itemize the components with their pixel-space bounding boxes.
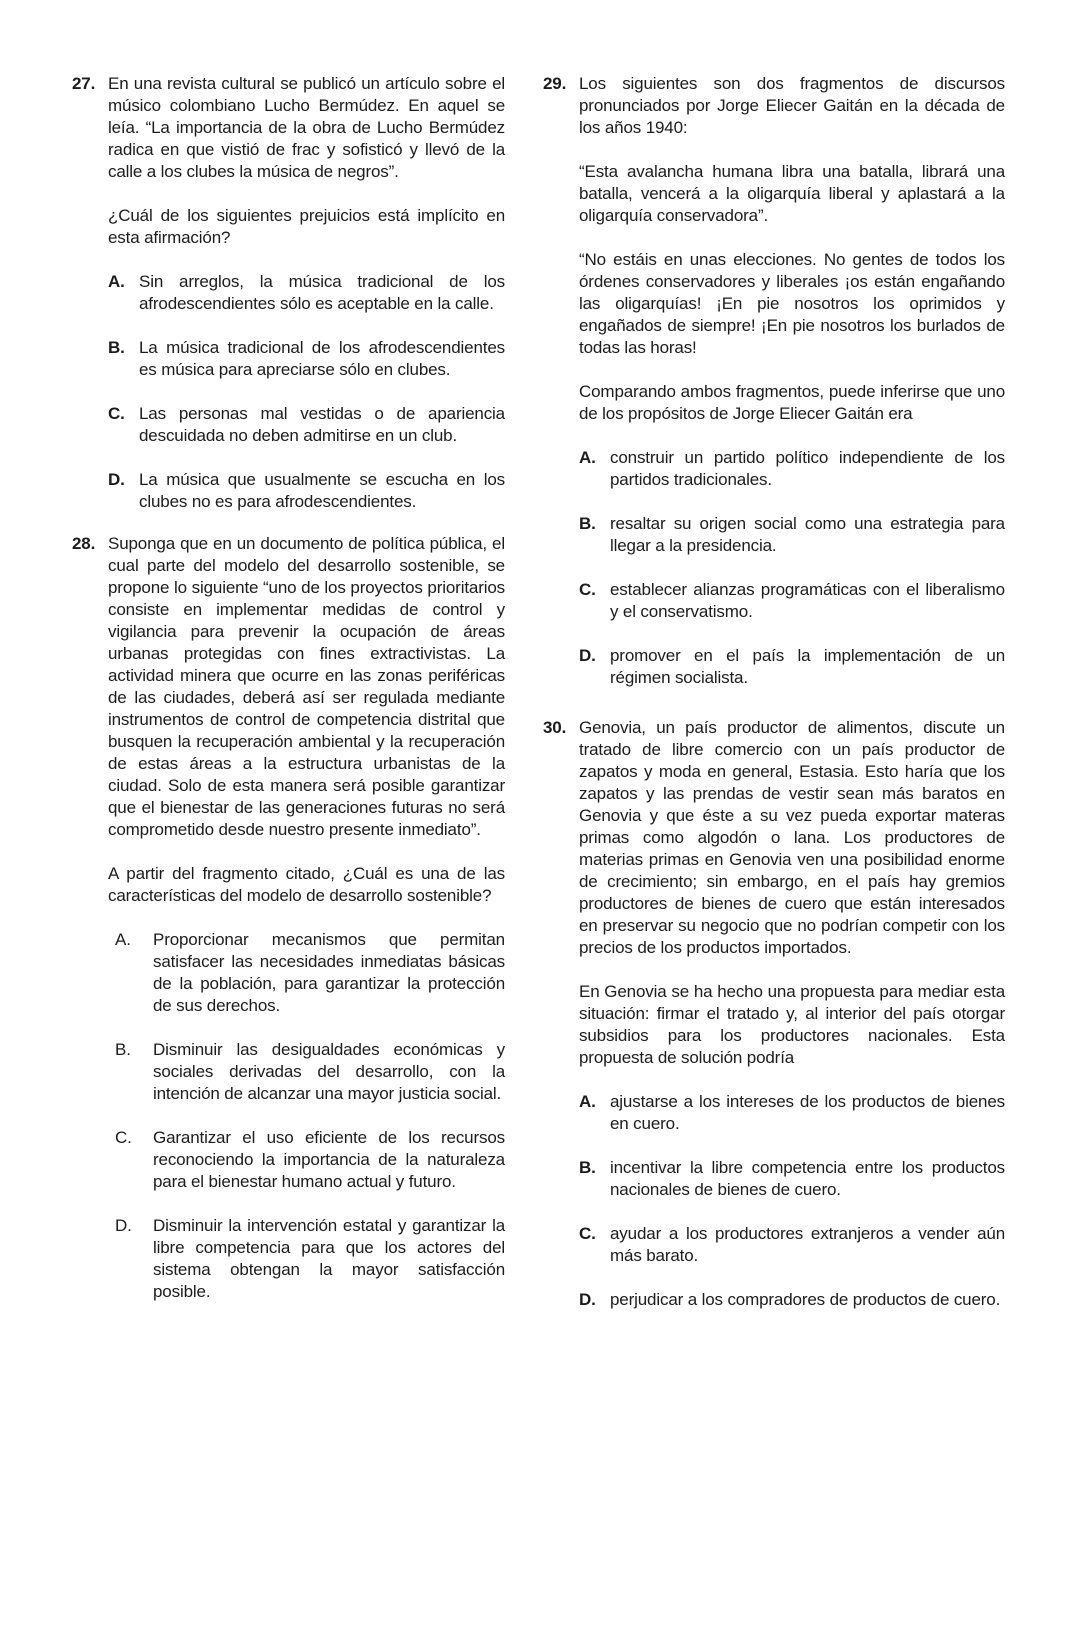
option-label: A. xyxy=(115,929,153,1017)
question-30-number: 30. xyxy=(543,717,579,1311)
option-text: ayudar a los productores extranjeros a v… xyxy=(610,1223,1005,1267)
option-text: promover en el país la implementación de… xyxy=(610,645,1005,689)
option-text: Disminuir las desigualdades económicas y… xyxy=(153,1039,505,1105)
question-30-prompt: En Genovia se ha hecho una propuesta par… xyxy=(579,981,1005,1069)
option-text: establecer alianzas programáticas con el… xyxy=(610,579,1005,623)
right-column: 29. Los siguientes son dos fragmentos de… xyxy=(543,73,1005,1311)
question-28-option-d: D. Disminuir la intervención estatal y g… xyxy=(115,1215,505,1303)
option-label: C. xyxy=(108,403,139,447)
question-27-option-b: B. La música tradicional de los afrodesc… xyxy=(108,337,505,381)
question-29: 29. Los siguientes son dos fragmentos de… xyxy=(543,73,1005,689)
option-text: Garantizar el uso eficiente de los recur… xyxy=(153,1127,505,1193)
question-29-number: 29. xyxy=(543,73,579,689)
option-label: D. xyxy=(108,469,139,513)
option-text: La música tradicional de los afrodescend… xyxy=(139,337,505,381)
question-27-option-d: D. La música que usualmente se escucha e… xyxy=(108,469,505,513)
option-label: B. xyxy=(579,513,610,557)
question-29-stem: Los siguientes son dos fragmentos de dis… xyxy=(579,73,1005,139)
question-28-body: Suponga que en un documento de política … xyxy=(108,533,505,1303)
option-label: A. xyxy=(579,447,610,491)
question-30-option-b: B. incentivar la libre competencia entre… xyxy=(579,1157,1005,1201)
question-27-option-a: A. Sin arreglos, la música tradicional d… xyxy=(108,271,505,315)
question-30-stem: Genovia, un país productor de alimentos,… xyxy=(579,717,1005,959)
question-28-number: 28. xyxy=(72,533,108,1303)
option-text: perjudicar a los compradores de producto… xyxy=(610,1289,1005,1311)
question-27-prompt: ¿Cuál de los siguientes prejuicios está … xyxy=(108,205,505,249)
option-label: C. xyxy=(579,1223,610,1267)
question-30: 30. Genovia, un país productor de alimen… xyxy=(543,717,1005,1311)
option-text: resaltar su origen social como una estra… xyxy=(610,513,1005,557)
option-text: Disminuir la intervención estatal y gara… xyxy=(153,1215,505,1303)
question-27-number: 27. xyxy=(72,73,108,513)
question-27-options: A. Sin arreglos, la música tradicional d… xyxy=(108,271,505,513)
option-label: D. xyxy=(115,1215,153,1303)
option-label: B. xyxy=(579,1157,610,1201)
question-28-prompt: A partir del fragmento citado, ¿Cuál es … xyxy=(108,863,505,907)
question-30-option-a: A. ajustarse a los intereses de los prod… xyxy=(579,1091,1005,1135)
question-28-option-c: C. Garantizar el uso eficiente de los re… xyxy=(115,1127,505,1193)
option-label: A. xyxy=(579,1091,610,1135)
question-29-option-a: A. construir un partido político indepen… xyxy=(579,447,1005,491)
option-text: Proporcionar mecanismos que permitan sat… xyxy=(153,929,505,1017)
exam-document-page: 27. En una revista cultural se publicó u… xyxy=(0,0,1080,1651)
question-30-option-d: D. perjudicar a los compradores de produ… xyxy=(579,1289,1005,1311)
two-column-layout: 27. En una revista cultural se publicó u… xyxy=(0,0,1080,1311)
question-28-option-a: A. Proporcionar mecanismos que permitan … xyxy=(115,929,505,1017)
question-28: 28. Suponga que en un documento de polít… xyxy=(72,533,505,1303)
option-label: D. xyxy=(579,1289,610,1311)
question-29-quote-1: “Esta avalancha humana libra una batalla… xyxy=(579,161,1005,227)
left-column: 27. En una revista cultural se publicó u… xyxy=(72,73,505,1303)
question-27: 27. En una revista cultural se publicó u… xyxy=(72,73,505,513)
option-text: construir un partido político independie… xyxy=(610,447,1005,491)
option-text: ajustarse a los intereses de los product… xyxy=(610,1091,1005,1135)
question-28-options: A. Proporcionar mecanismos que permitan … xyxy=(108,929,505,1303)
option-text: incentivar la libre competencia entre lo… xyxy=(610,1157,1005,1201)
question-29-option-b: B. resaltar su origen social como una es… xyxy=(579,513,1005,557)
question-29-prompt: Comparando ambos fragmentos, puede infer… xyxy=(579,381,1005,425)
option-label: B. xyxy=(115,1039,153,1105)
option-label: C. xyxy=(115,1127,153,1193)
question-27-body: En una revista cultural se publicó un ar… xyxy=(108,73,505,513)
option-text: Sin arreglos, la música tradicional de l… xyxy=(139,271,505,315)
option-label: B. xyxy=(108,337,139,381)
option-text: La música que usualmente se escucha en l… xyxy=(139,469,505,513)
question-27-option-c: C. Las personas mal vestidas o de aparie… xyxy=(108,403,505,447)
question-30-option-c: C. ayudar a los productores extranjeros … xyxy=(579,1223,1005,1267)
question-30-options: A. ajustarse a los intereses de los prod… xyxy=(579,1091,1005,1311)
question-29-options: A. construir un partido político indepen… xyxy=(579,447,1005,689)
question-29-quote-2: “No estáis en unas elecciones. No gentes… xyxy=(579,249,1005,359)
question-28-stem: Suponga que en un documento de política … xyxy=(108,533,505,841)
question-28-option-b: B. Disminuir las desigualdades económica… xyxy=(115,1039,505,1105)
question-29-option-c: C. establecer alianzas programáticas con… xyxy=(579,579,1005,623)
option-text: Las personas mal vestidas o de aparienci… xyxy=(139,403,505,447)
option-label: C. xyxy=(579,579,610,623)
question-30-body: Genovia, un país productor de alimentos,… xyxy=(579,717,1005,1311)
option-label: D. xyxy=(579,645,610,689)
option-label: A. xyxy=(108,271,139,315)
question-29-body: Los siguientes son dos fragmentos de dis… xyxy=(579,73,1005,689)
question-27-stem: En una revista cultural se publicó un ar… xyxy=(108,73,505,183)
question-29-option-d: D. promover en el país la implementación… xyxy=(579,645,1005,689)
